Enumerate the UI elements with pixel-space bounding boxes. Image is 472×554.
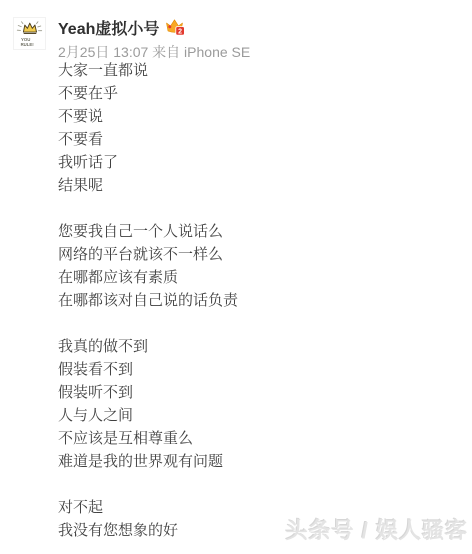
- post-text-line: [58, 312, 462, 335]
- vip-crown-icon[interactable]: 2: [165, 18, 185, 36]
- post-text-line: 不要在乎: [58, 82, 462, 105]
- post-text-line: [58, 473, 462, 496]
- avatar-caption-line2: RULE!: [21, 42, 35, 47]
- post-text-line: 在哪都应该有素质: [58, 266, 462, 289]
- post-header: Yeah虚拟小号 2: [58, 16, 185, 38]
- post-text-line: 假装看不到: [58, 358, 462, 381]
- post-text-line: 不应该是互相尊重么: [58, 427, 462, 450]
- crown-doodle-icon: YOU RULE!: [14, 18, 45, 49]
- post-text-line: 在哪都该对自己说的话负责: [58, 289, 462, 312]
- post-text-line: 难道是我的世界观有问题: [58, 450, 462, 473]
- post-body: 大家一直都说不要在乎不要说不要看我听话了结果呢您要我自己一个人说话么网络的平台就…: [58, 59, 462, 542]
- avatar[interactable]: YOU RULE!: [13, 17, 46, 50]
- post-text-line: 我真的做不到: [58, 335, 462, 358]
- post-text-line: 不要说: [58, 105, 462, 128]
- post-text-line: 我听话了: [58, 151, 462, 174]
- post-text-line: 大家一直都说: [58, 59, 462, 82]
- username-link[interactable]: Yeah虚拟小号: [58, 16, 159, 39]
- post-text-line: 您要我自己一个人说话么: [58, 220, 462, 243]
- weibo-post-screenshot: YOU RULE! Yeah虚拟小号 2 2月25日 13:07 来自 iPho…: [0, 0, 472, 554]
- post-text-line: 不要看: [58, 128, 462, 151]
- post-text-line: 人与人之间: [58, 404, 462, 427]
- post-text-line: 结果呢: [58, 174, 462, 197]
- vip-level-number: 2: [179, 28, 183, 35]
- post-text-line: 网络的平台就该不一样么: [58, 243, 462, 266]
- watermark: 头条号 / 娱人骚客: [286, 514, 468, 545]
- post-text-line: [58, 197, 462, 220]
- post-text-line: 假装听不到: [58, 381, 462, 404]
